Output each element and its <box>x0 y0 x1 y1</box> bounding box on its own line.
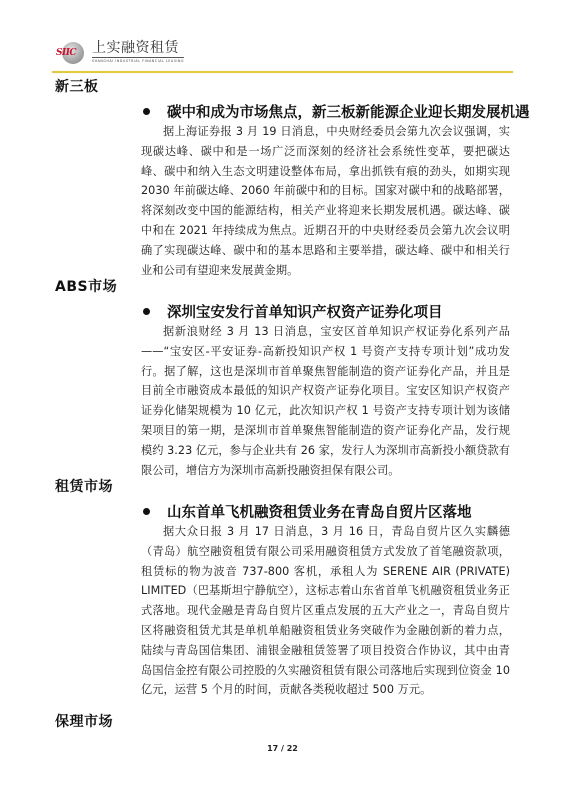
article-heading-text: 碳中和成为市场焦点，新三板新能源企业迎长期发展机遇 <box>167 101 530 122</box>
bullet-icon <box>143 108 150 115</box>
section-title-leasing: 租赁市场 <box>55 476 113 496</box>
page-header: SIIC 上实融资租赁 SHANGHAI INDUSTRIAL FINANCIA… <box>56 40 184 66</box>
article-body: 据新浪财经 3 月 13 日消息，宝安区首单知识产权证券化系列产品——“宝安区-… <box>141 322 510 480</box>
article-body: 据上海证券报 3 月 19 日消息，中央财经委员会第九次会议强调，实现碳达峰、碳… <box>141 122 510 280</box>
bullet-icon <box>143 308 150 315</box>
article-heading-text: 深圳宝安发行首单知识产权资产证券化项目 <box>167 301 443 322</box>
article-heading: 山东首单飞机融资租赁业务在青岛自贸片区落地 <box>141 501 472 522</box>
logo-text: 上实融资租赁 SHANGHAI INDUSTRIAL FINANCIAL LEA… <box>92 40 184 64</box>
article-heading-text: 山东首单飞机融资租赁业务在青岛自贸片区落地 <box>167 501 472 522</box>
article-heading: 碳中和成为市场焦点，新三板新能源企业迎长期发展机遇 <box>141 101 530 122</box>
company-name-en: SHANGHAI INDUSTRIAL FINANCIAL LEASING <box>92 59 184 64</box>
section-title-neeq: 新三板 <box>55 76 99 96</box>
company-name-cn: 上实融资租赁 <box>92 40 184 58</box>
section-title-abs: ABS市场 <box>55 276 117 296</box>
article-heading: 深圳宝安发行首单知识产权资产证券化项目 <box>141 301 443 322</box>
document-page: SIIC 上实融资租赁 SHANGHAI INDUSTRIAL FINANCIA… <box>0 0 565 800</box>
article-body: 据大众日报 3 月 17 日消息，3 月 16 日，青岛自贸片区久实麟德（青岛）… <box>141 522 510 700</box>
header-divider <box>52 71 513 73</box>
bullet-icon <box>143 508 150 515</box>
section-title-factoring: 保理市场 <box>55 711 113 731</box>
logo-mark-text: SIIC <box>56 48 76 58</box>
company-logo-icon: SIIC <box>56 42 86 64</box>
page-number: 17 / 22 <box>0 744 565 753</box>
